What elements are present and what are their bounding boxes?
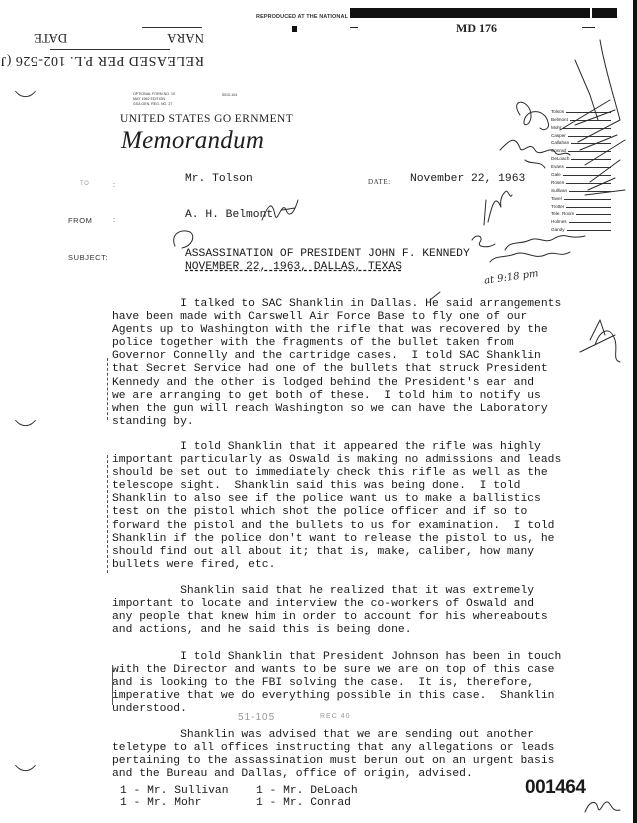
handwritten-signatures-and-initials [0,0,637,823]
